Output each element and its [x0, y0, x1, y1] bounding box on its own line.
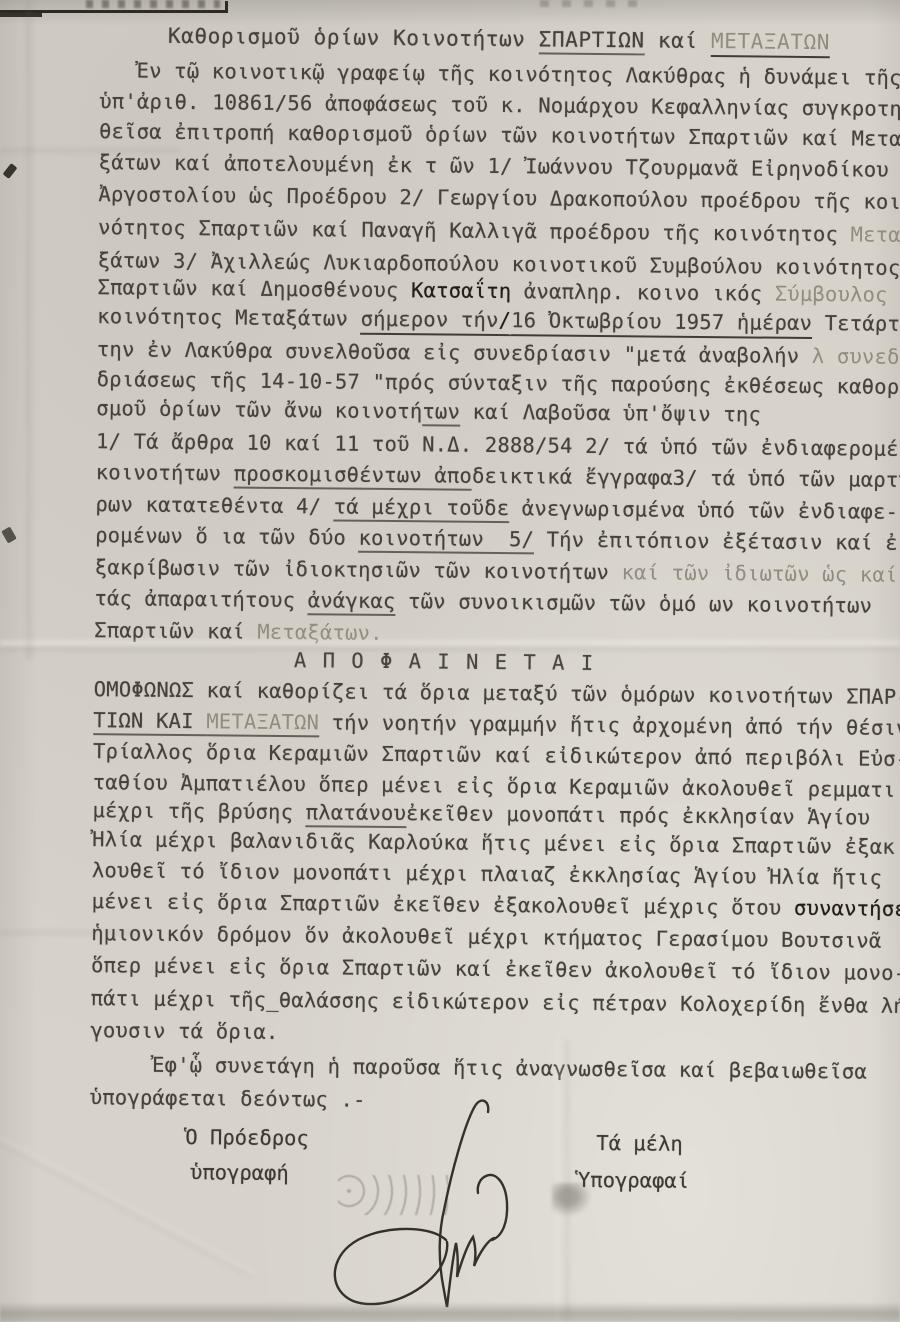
- text-segment: γουσιν τά ὅρια.: [90, 1018, 278, 1044]
- typed-text-layer: Καθορισμοῦ ὁρίων Κοινοτήτων ΣΠΑΡΤΙΩΝ καί…: [0, 0, 900, 1322]
- text-segment: πλατάνου: [306, 800, 407, 828]
- text-segment: Ἀργοστολίου ὡς Προέδρου 2/ Γεωργίου Δρακ…: [98, 182, 900, 214]
- text-segment: ΜΕΤΑΞΑΤΩΝ: [711, 29, 830, 58]
- text-segment: τῶν συνοικισμῶν τῶν ὁμό ων κοινοτήτων: [395, 589, 872, 618]
- text-line: ΤΙΩΝ ΚΑΙ ΜΕΤΑΞΑΤΩΝ τήν νοητήν γραμμήν ἥτ…: [93, 707, 900, 741]
- members-label: Τά μέλη: [596, 1131, 683, 1156]
- text-segment: Καθορισμοῦ ὁρίων Κοινοτήτων: [168, 24, 539, 52]
- text-segment: σήμερον τήν: [360, 307, 498, 336]
- text-segment: Κατσαΐτη: [411, 278, 512, 303]
- text-line: Τρίαλλος ὅρια Κεραμιῶν Σπαρτιῶν καί εἰδι…: [93, 738, 900, 772]
- text-line: λουθεῖ τό ἴδιον μονοπάτι μέχρι πλαιαζ ἐκ…: [92, 857, 882, 891]
- members-signatures-label: Ὑπογραφαί: [578, 1168, 689, 1193]
- text-line: Ἠλία μέχρι βαλανιδιᾶς Καρλούκα ἥτις μένε…: [92, 826, 895, 860]
- text-segment: Τετάρτ: [812, 311, 900, 336]
- text-segment: ρομένων ὅ ια τῶν δύο: [95, 523, 359, 550]
- text-segment: ἡμιονικόν δρόμον ὅν ἀκολουθεῖ μέχρι κτήμ…: [91, 921, 881, 953]
- text-segment: λ συνεδ: [812, 344, 900, 369]
- text-segment: τήν νοητήν γραμμήν ἥτις ἀρχομένη ἀπό τήν…: [319, 710, 900, 740]
- text-line: κοινότητος Μεταξάτων σήμερον τήν/16 Ὀκτω…: [97, 303, 900, 337]
- text-segment: Σπαρτιῶν καί: [94, 618, 257, 644]
- text-line: ρομένων ὅ ια τῶν δύο κοινοτήτων 5/ Τήν ἐ…: [95, 522, 900, 556]
- text-segment: νότητος Σπαρτιῶν καί Παναγῆ Καλλιγᾶ προέ…: [98, 215, 851, 246]
- text-segment: ΜΕΤΑΞΑΤΩΝ: [206, 709, 319, 737]
- text-segment: σμοῦ ὁρίων τῶν ἄνω κοινοτή: [96, 396, 422, 423]
- text-line: μένει εἰς ὅρια Σπαρτιῶν ἐκεῖθεν ἐξακολου…: [92, 888, 900, 922]
- text-segment: τάς ἀπαραιτήτους: [94, 586, 307, 612]
- text-segment: των: [422, 399, 460, 426]
- text-segment: 16 Ὀκτωβρίου 1957 ἡμέραν: [511, 308, 812, 339]
- text-line: θεῖσα ἐπιτροπή καθορισμοῦ ὁρίων τῶν κοιν…: [99, 118, 900, 152]
- text-segment: λουθεῖ τό ἴδιον μονοπάτι μέχρι πλαιαζ ἐκ…: [92, 858, 882, 890]
- text-segment: Τήν ἐπιτόπιον ἐξέτασιν καί ἐ-: [534, 527, 900, 555]
- photo-bottom-edge: [0, 1302, 900, 1322]
- text-segment: ἀναπληρ. κοινο ικός: [511, 279, 775, 306]
- body-lines: Ἐν τῷ κοινοτικῷ γραφείῳ τῆς κοινότητος Λ…: [0, 0, 900, 8]
- text-line: δριάσεως τῆς 14-10-57 "πρός σύνταξιν τῆς…: [97, 366, 900, 400]
- text-line: κοινοτήτων προσκομισθέντων ἀποδεικτικά ἔ…: [96, 459, 900, 493]
- president-signature-label: ὑπογραφή: [190, 1160, 289, 1185]
- text-line: πάτι μέχρι τῆς_θαλάσσης εἰδικώτερον εἰς …: [91, 985, 900, 1019]
- text-segment: συναντήσε: [794, 896, 900, 921]
- text-segment: ΟΜΟΦΩΝΩΣ καί καθορίζει τά ὅρια μεταξύ τῶ…: [94, 677, 900, 709]
- text-segment: Σύμβουλος: [775, 282, 888, 307]
- text-segment: Ἐφ'ᾧ συνετάγη ἡ παροῦσα ἥτις ἀναγνωσθεῖσ…: [152, 1053, 867, 1084]
- text-line: γουσιν τά ὅρια.: [90, 1017, 278, 1045]
- text-segment: Τρίαλλος ὅρια Κεραμιῶν Σπαρτιῶν καί εἰδι…: [93, 739, 900, 771]
- text-segment: ὑπογράφεται δεόντως .-: [90, 1085, 366, 1112]
- text-segment: πάτι μέχρι τῆς_θαλάσσης εἰδικώτερον εἰς …: [91, 986, 900, 1018]
- text-line: Ἐφ'ᾧ συνετάγη ἡ παροῦσα ἥτις ἀναγνωσθεῖσ…: [152, 1052, 867, 1085]
- text-segment: δεικτικά ἔγγραφα3/ τά ὑπό τῶν μαρτύ: [472, 464, 900, 492]
- text-line: την ἐν Λακύθρα συνελθοῦσα εἰς συνεδρίασι…: [97, 336, 900, 370]
- text-segment: κοινότητος Μεταξάτων: [97, 304, 361, 331]
- text-segment: τά μέχρι τοῦδε: [334, 494, 510, 523]
- text-segment: ρων κατατεθέντα 4/: [95, 492, 334, 518]
- text-line: Σπαρτιῶν καί Μεταξάτων.: [94, 617, 383, 646]
- text-line: ἡμιονικόν δρόμον ὅν ἀκολουθεῖ μέχρι κτήμ…: [91, 920, 881, 954]
- text-line: ὑπογράφεται δεόντως .-: [90, 1084, 366, 1113]
- text-segment: θεῖσα ἐπιτροπή καθορισμοῦ ὁρίων τῶν κοιν…: [99, 119, 900, 151]
- text-segment: ξάτων καί ἀποτελουμένη ἐκ τ ῶν 1/ Ἰωάννο…: [99, 150, 889, 182]
- document-title: Καθορισμοῦ ὁρίων Κοινοτήτων ΣΠΑΡΤΙΩΝ καί…: [168, 24, 830, 54]
- text-segment: ὅπερ μένει εἰς ὅρια Σπαρτιῶν καί ἐκεῖθεν…: [91, 953, 900, 985]
- text-segment: μέχρι τῆς βρύσης: [92, 798, 305, 824]
- text-line: 1/ Τά ἄρθρα 10 καί 11 τοῦ Ν.Δ. 2888/54 2…: [96, 428, 900, 462]
- text-segment: ΤΙΩΝ ΚΑΙ: [93, 708, 206, 736]
- text-line: ξάτων καί ἀποτελουμένη ἐκ τ ῶν 1/ Ἰωάννο…: [99, 149, 889, 183]
- text-segment: ἀνεγνωρισμένα ὑπό τῶν ἐνδιαφε-: [509, 496, 898, 524]
- text-segment: δριάσεως τῆς 14-10-57 "πρός σύνταξιν τῆς…: [97, 367, 900, 399]
- text-segment: ταθίου Ἀμπατιέλου ὅπερ μένει εἰς ὅρια Κε…: [93, 770, 896, 802]
- text-segment: προσκομισθέντων ἀπο: [234, 461, 473, 490]
- text-segment: καί: [645, 28, 711, 53]
- text-segment: Μετα-: [850, 222, 900, 247]
- text-line: ὅπερ μένει εἰς ὅρια Σπαρτιῶν καί ἐκεῖθεν…: [91, 952, 900, 986]
- text-line: νότητος Σπαρτιῶν καί Παναγῆ Καλλιγᾶ προέ…: [98, 214, 900, 248]
- text-line: τάς ἀπαραιτήτους ἀνάγκας τῶν συνοικισμῶν…: [94, 585, 872, 618]
- text-segment: ὑπ'ἀριθ. 10861/56 ἀποφάσεως τοῦ κ. Νομάρ…: [99, 89, 900, 121]
- text-segment: Μεταξάτων.: [257, 620, 383, 645]
- president-label: Ὁ Πρόεδρος: [185, 1125, 309, 1150]
- text-segment: /: [498, 308, 511, 336]
- text-segment: καί τῶν ἰδιωτῶν ὡς καί: [621, 560, 897, 587]
- section-heading: Α Π Ο Φ Α Ι Ν Ε Τ Α Ι: [294, 648, 595, 675]
- text-line: ρων κατατεθέντα 4/ τά μέχρι τοῦδε ἀνεγνω…: [95, 491, 898, 525]
- scanned-document-page: { "document": { "title": { "seg": [ ["Κα…: [0, 0, 900, 1322]
- text-segment: κοινοτήτων: [96, 460, 234, 485]
- text-line: ΟΜΟΦΩΝΩΣ καί καθορίζει τά ὅρια μεταξύ τῶ…: [94, 676, 900, 710]
- text-segment: Ἐν τῷ κοινοτικῷ γραφείῳ τῆς κοινότητος Λ…: [136, 59, 900, 90]
- text-line: Ἀργοστολίου ὡς Προέδρου 2/ Γεωργίου Δρακ…: [98, 181, 900, 215]
- text-segment: 1/ Τά ἄρθρα 10 καί 11 τοῦ Ν.Δ. 2888/54 2…: [96, 429, 900, 461]
- text-line: μέχρι τῆς βρύσης πλατάνουἐκεῖθεν μονοπάτ…: [92, 797, 870, 830]
- text-segment: ἀνάγκας: [308, 588, 396, 616]
- text-line: σμοῦ ὁρίων τῶν ἄνω κοινοτήτων καί Λαβοῦσ…: [96, 395, 761, 427]
- text-segment: μένει εἰς ὅρια Σπαρτιῶν ἐκεῖθεν ἐξακολου…: [92, 889, 795, 920]
- text-segment: ξακρίβωσιν τῶν ἰδιοκτησιῶν τῶν κοινοτήτω…: [95, 555, 622, 584]
- text-segment: Ἠλία μέχρι βαλανιδιᾶς Καρλούκα ἥτις μένε…: [92, 827, 895, 859]
- text-line: ὑπ'ἀριθ. 10861/56 ἀποφάσεως τοῦ κ. Νομάρ…: [99, 88, 900, 122]
- text-line: ξακρίβωσιν τῶν ἰδιοκτησιῶν τῶν κοινοτήτω…: [95, 554, 898, 588]
- text-segment: ΣΠΑΡΤΙΩΝ: [539, 27, 645, 55]
- text-segment: την ἐν Λακύθρα συνελθοῦσα εἰς συνεδρίασι…: [97, 337, 812, 368]
- text-segment: κοινοτήτων 5/: [358, 526, 534, 555]
- ink-smudge: [552, 1183, 592, 1217]
- ink-smudge-dots: [338, 1175, 448, 1215]
- text-segment: Σπαρτιῶν καί Δημοσθένους: [97, 275, 411, 302]
- text-segment: καί Λαβοῦσα ὑπ'ὄψιν της: [460, 400, 761, 427]
- text-line: Ἐν τῷ κοινοτικῷ γραφείῳ τῆς κοινότητος Λ…: [136, 58, 900, 91]
- text-segment: ἐκεῖθεν μονοπάτι πρός ἐκκλησίαν Ἁγίου: [406, 801, 870, 829]
